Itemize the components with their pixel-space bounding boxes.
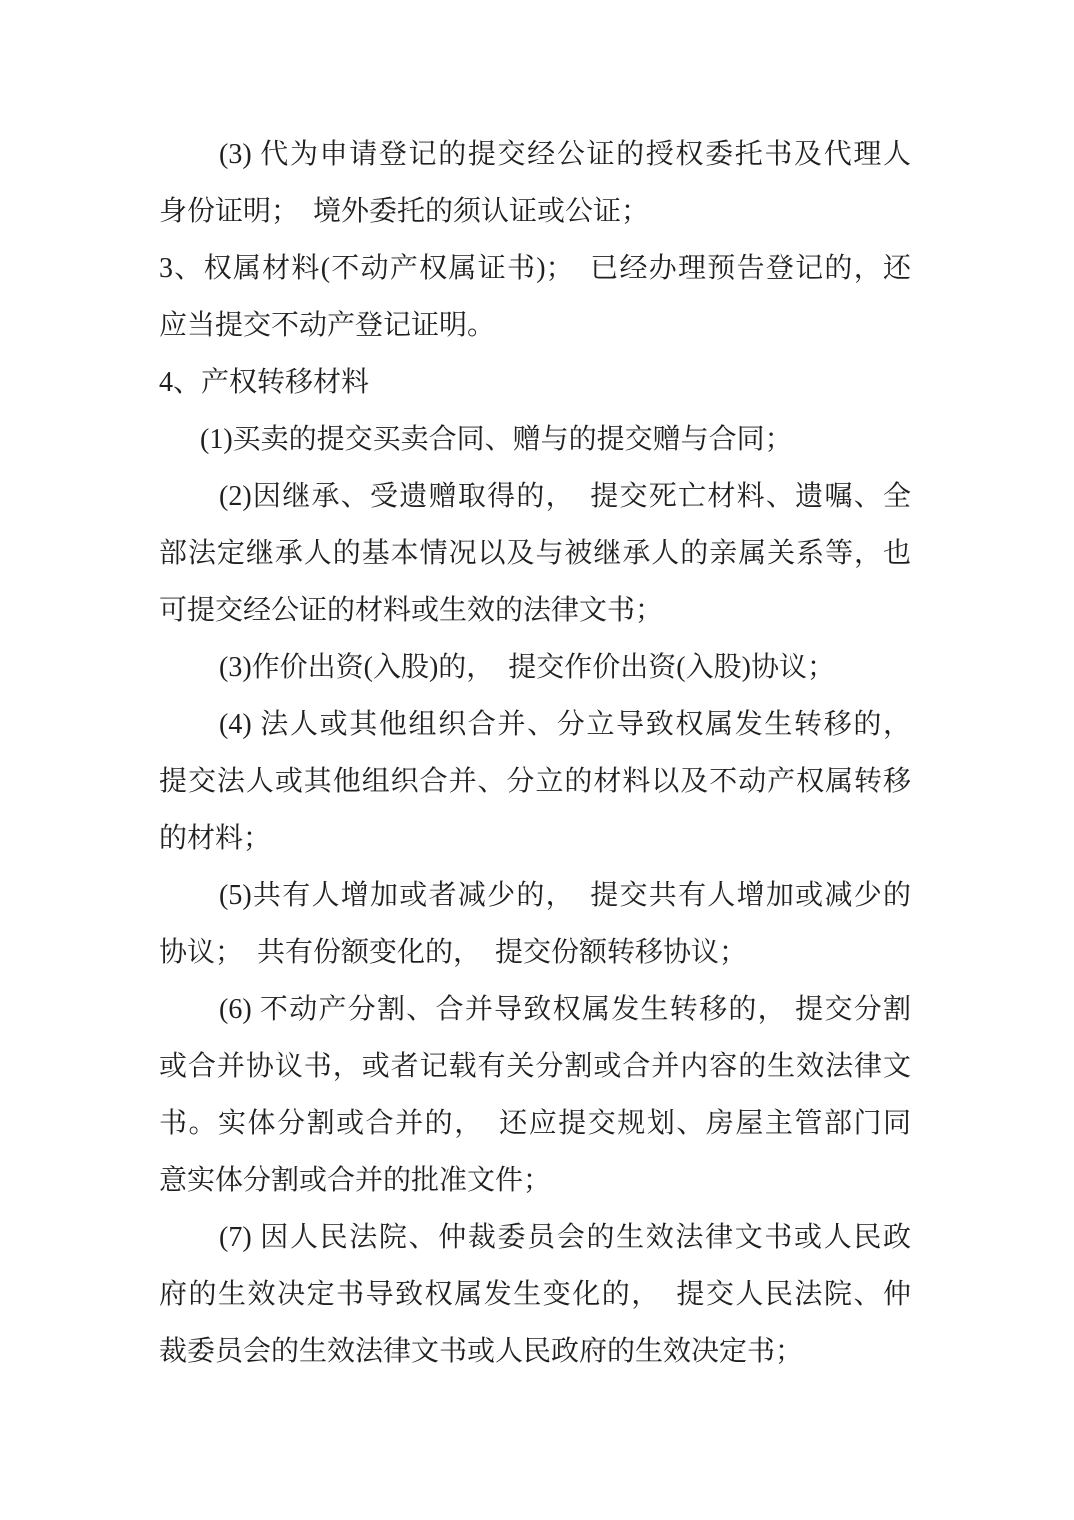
text-line: 4、产权转移材料 — [159, 354, 911, 411]
text-line: 3、权属材料(不动产权属证书)； 已经办理预告登记的，还 — [159, 240, 911, 297]
text-line: 书。实体分割或合并的， 还应提交规划、房屋主管部门同 — [159, 1095, 911, 1152]
text-line: (7) 因人民法院、仲裁委员会的生效法律文书或人民政 — [159, 1209, 911, 1266]
text-line: 部法定继承人的基本情况以及与被继承人的亲属关系等，也 — [159, 525, 911, 582]
text-line: 府的生效决定书导致权属发生变化的， 提交人民法院、仲 — [159, 1266, 911, 1323]
text-line: 应当提交不动产登记证明。 — [159, 297, 911, 354]
text-line: 的材料； — [159, 810, 911, 867]
text-line: (5)共有人增加或者减少的， 提交共有人增加或减少的 — [159, 867, 911, 924]
text-line: 提交法人或其他组织合并、分立的材料以及不动产权属转移 — [159, 753, 911, 810]
text-line: (3)作价出资(入股)的， 提交作价出资(入股)协议； — [159, 639, 911, 696]
text-line: 可提交经公证的材料或生效的法律文书； — [159, 582, 911, 639]
text-line: 意实体分割或合并的批准文件； — [159, 1152, 911, 1209]
text-line: 身份证明； 境外委托的须认证或公证； — [159, 183, 911, 240]
text-line: (1)买卖的提交买卖合同、赠与的提交赠与合同； — [159, 411, 911, 468]
text-line: (6) 不动产分割、合并导致权属发生转移的， 提交分割 — [159, 981, 911, 1038]
text-line: 裁委员会的生效法律文书或人民政府的生效决定书； — [159, 1323, 911, 1380]
document-body: (3) 代为申请登记的提交经公证的授权委托书及代理人身份证明； 境外委托的须认证… — [159, 126, 911, 1380]
text-line: (2)因继承、受遗赠取得的， 提交死亡材料、遗嘱、全 — [159, 468, 911, 525]
text-line: 或合并协议书，或者记载有关分割或合并内容的生效法律文 — [159, 1038, 911, 1095]
document-page: (3) 代为申请登记的提交经公证的授权委托书及代理人身份证明； 境外委托的须认证… — [0, 0, 1074, 1520]
text-line: (4) 法人或其他组织合并、分立导致权属发生转移的， — [159, 696, 911, 753]
text-line: 协议； 共有份额变化的， 提交份额转移协议； — [159, 924, 911, 981]
text-line: (3) 代为申请登记的提交经公证的授权委托书及代理人 — [159, 126, 911, 183]
